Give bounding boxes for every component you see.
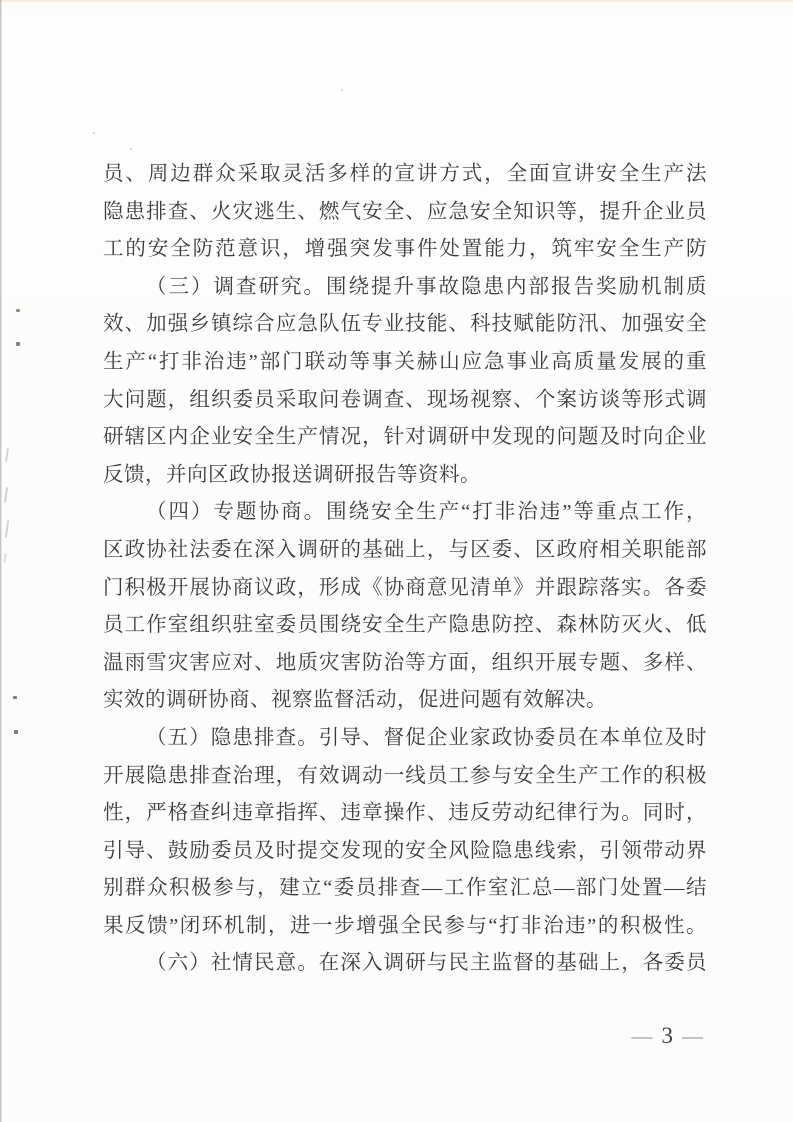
page-number: — 3 — (632, 1021, 704, 1051)
text-line: 研辖区内企业安全生产情况，针对调研中发现的问题及时向企业 (103, 419, 707, 457)
scan-speck (16, 309, 20, 312)
section-start-line: （五）隐患排查。引导、督促企业家政协委员在本单位及时 (103, 720, 707, 758)
text-line: 员、周边群众采取灵活多样的宣讲方式，全面宣讲安全生产法规、 (103, 156, 707, 194)
document-body: 员、周边群众采取灵活多样的宣讲方式，全面宣讲安全生产法规、 隐患排查、火灾逃生、… (103, 156, 707, 983)
page-number-dash-left: — (632, 1024, 653, 1049)
page-number-dash-right: — (682, 1024, 703, 1049)
scan-scribble (4, 487, 8, 503)
scan-scribble (5, 520, 9, 538)
text-line: 员工作室组织驻室委员围绕安全生产隐患防控、森林防灭火、低 (103, 607, 707, 645)
scan-speck (16, 342, 20, 346)
text-line: 实效的调研协商、视察监督活动，促进问题有效解决。 (103, 682, 707, 720)
text-line: 反馈，并向区政协报送调研报告等资料。 (103, 457, 707, 495)
scan-speck (14, 730, 18, 734)
scanned-document-page: 员、周边群众采取灵活多样的宣讲方式，全面宣讲安全生产法规、 隐患排查、火灾逃生、… (0, 0, 793, 1122)
text-line: 区政协社法委在深入调研的基础上，与区委、区政府相关职能部 (103, 532, 707, 570)
scan-edge-top (0, 0, 793, 3)
section-start-line: （四）专题协商。围绕安全生产“打非治违”等重点工作， (103, 494, 707, 532)
section-start-line: （六）社情民意。在深入调研与民主监督的基础上，各委员 (103, 945, 707, 983)
text-line: 性，严格查纠违章指挥、违章操作、违反劳动纪律行为。同时， (103, 795, 707, 833)
page-number-value: 3 (662, 1023, 674, 1049)
scan-scribble (5, 448, 9, 462)
scan-edge-left (0, 0, 2, 1122)
text-line: 效、加强乡镇综合应急队伍专业技能、科技赋能防汛、加强安全 (103, 306, 707, 344)
text-line: 别群众积极参与，建立“委员排查—工作室汇总—部门处置—结 (103, 870, 707, 908)
text-line: 隐患排查、火灾逃生、燃气安全、应急安全知识等，提升企业员 (103, 194, 707, 232)
text-line: 大问题，组织委员采取问卷调查、现场视察、个案访谈等形式调 (103, 382, 707, 420)
scan-speck (13, 696, 17, 699)
text-line: 引导、鼓励委员及时提交发现的安全风险隐患线索，引领带动界 (103, 833, 707, 871)
text-line: 温雨雪灾害应对、地质灾害防治等方面，组织开展专题、多样、 (103, 645, 707, 683)
text-line: 开展隐患排查治理，有效调动一线员工参与安全生产工作的积极 (103, 758, 707, 796)
scan-scribble (3, 553, 6, 563)
scan-speck (93, 132, 95, 134)
scan-speck (130, 148, 132, 150)
text-line: 工的安全防范意识，增强突发事件处置能力，筑牢安全生产防线。 (103, 231, 707, 269)
scan-speck (341, 89, 343, 91)
text-line: 门积极开展协商议政，形成《协商意见清单》并跟踪落实。各委 (103, 570, 707, 608)
section-start-line: （三）调查研究。围绕提升事故隐患内部报告奖励机制质 (103, 269, 707, 307)
text-line: 生产“打非治违”部门联动等事关赫山应急事业高质量发展的重 (103, 344, 707, 382)
text-line: 果反馈”闭环机制，进一步增强全民参与“打非治违”的积极性。 (103, 908, 707, 946)
